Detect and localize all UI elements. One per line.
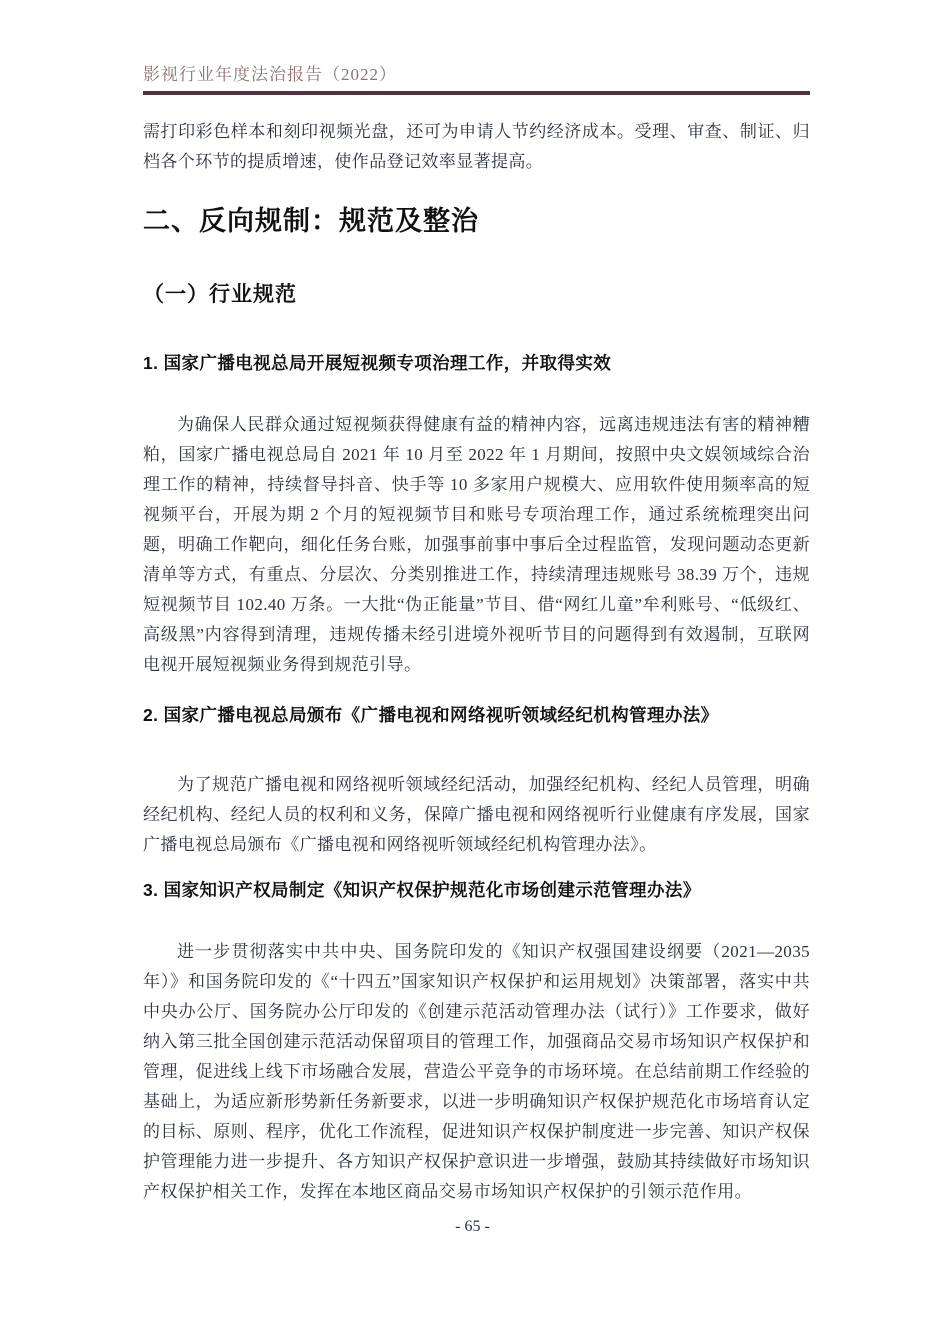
running-header-title: 影视行业年度法治报告（2022） [143,64,810,86]
continuation-paragraph: 需打印彩色样本和刻印视频光盘，还可为申请人节约经济成本。受理、审查、制证、归档各… [143,117,810,177]
item-heading-3: 3. 国家知识产权局制定《知识产权保护规范化市场创建示范管理办法》 [143,877,810,903]
page-number: - 65 - [0,1218,945,1236]
item-paragraph-2: 为了规范广播电视和网络视听领域经纪活动，加强经纪机构、经纪人员管理，明确经纪机构… [143,770,810,860]
item-heading-1: 1. 国家广播电视总局开展短视频专项治理工作，并取得实效 [143,350,810,376]
item-paragraph-1: 为确保人民群众通过短视频获得健康有益的精神内容，远离违规违法有害的精神糟粕，国家… [143,410,810,680]
page-header: 影视行业年度法治报告（2022） [143,0,810,95]
item-heading-2: 2. 国家广播电视总局颁布《广播电视和网络视听领域经纪机构管理办法》 [143,702,810,728]
document-page: 影视行业年度法治报告（2022） 需打印彩色样本和刻印视频光盘，还可为申请人节约… [0,0,945,1336]
subsection-heading: （一）行业规范 [143,279,810,309]
item-paragraph-3: 进一步贯彻落实中共中央、国务院印发的《知识产权强国建设纲要（2021—2035年… [143,937,810,1207]
section-heading: 二、反向规制：规范及整治 [143,203,810,239]
